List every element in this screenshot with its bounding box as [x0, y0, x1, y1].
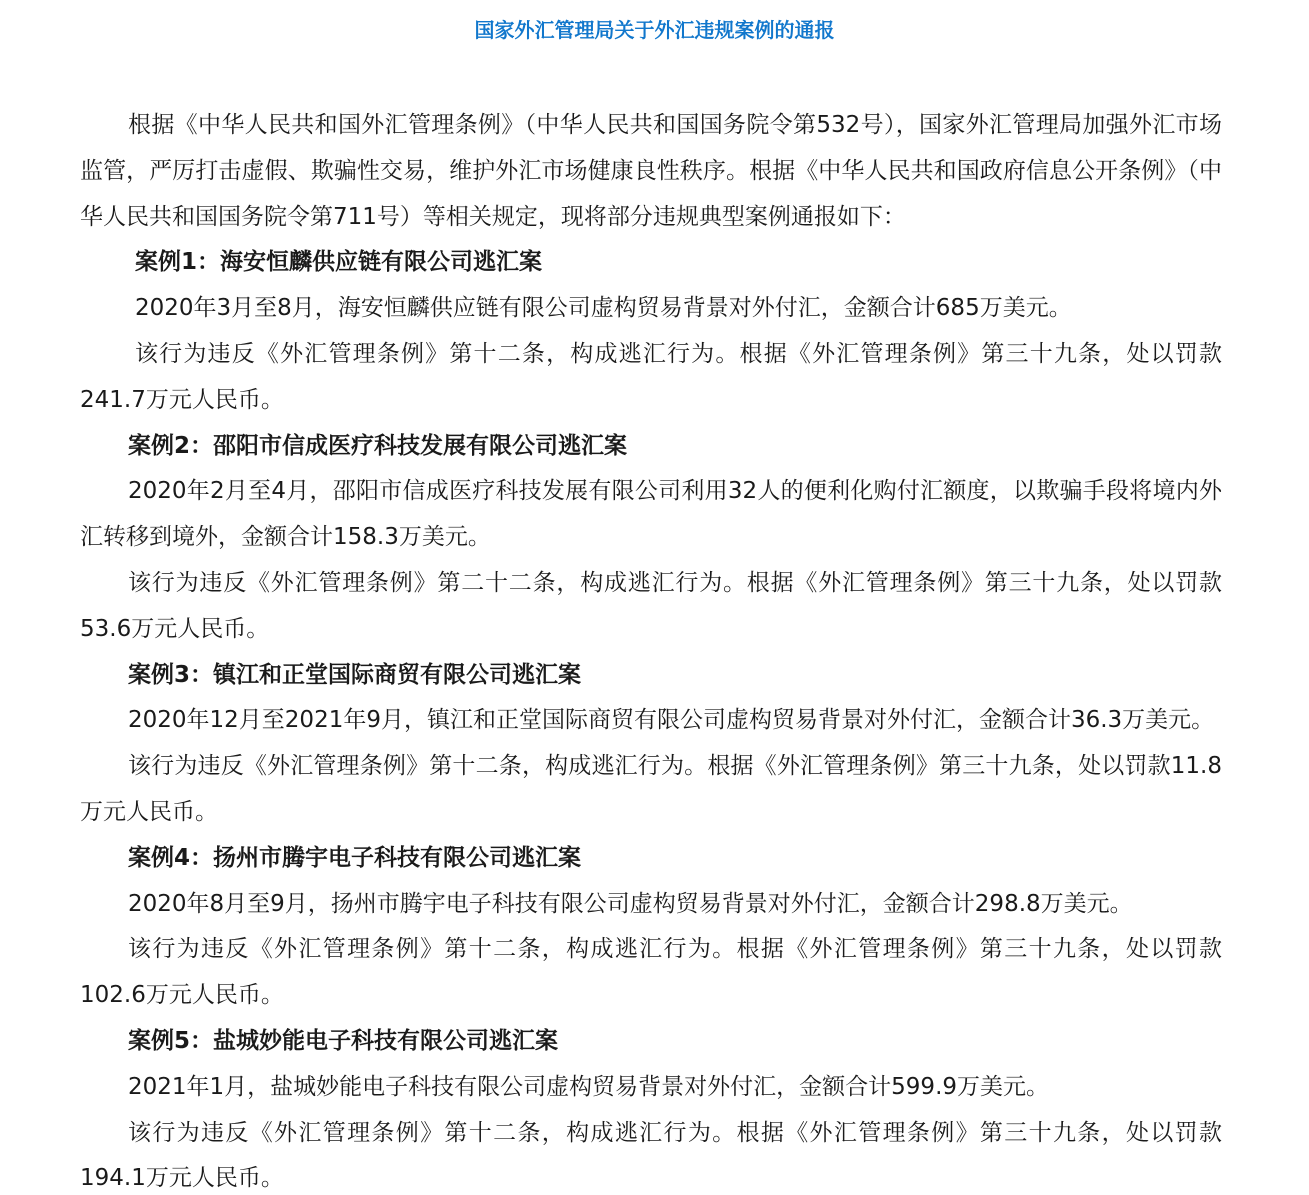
- intro-paragraph: 根据《中华人民共和国外汇管理条例》（中华人民共和国国务院令第532号），国家外汇…: [80, 103, 1222, 240]
- case-4: 案例4：扬州市腾宇电子科技有限公司逃汇案 2020年8月至9月，扬州市腾宇电子科…: [80, 836, 1222, 1019]
- case-heading: 案例1：海安恒麟供应链有限公司逃汇案: [80, 240, 1222, 286]
- case-facts: 2020年12月至2021年9月，镇江和正堂国际商贸有限公司虚构贸易背景对外付汇…: [80, 698, 1222, 744]
- case-ruling: 该行为违反《外汇管理条例》第十二条，构成逃汇行为。根据《外汇管理条例》第三十九条…: [80, 332, 1222, 424]
- case-ruling: 该行为违反《外汇管理条例》第十二条，构成逃汇行为。根据《外汇管理条例》第三十九条…: [80, 1111, 1222, 1195]
- case-3: 案例3：镇江和正堂国际商贸有限公司逃汇案 2020年12月至2021年9月，镇江…: [80, 653, 1222, 836]
- case-heading: 案例4：扬州市腾宇电子科技有限公司逃汇案: [80, 836, 1222, 882]
- case-heading: 案例5：盐城妙能电子科技有限公司逃汇案: [80, 1019, 1222, 1065]
- case-facts: 2020年2月至4月，邵阳市信成医疗科技发展有限公司利用32人的便利化购付汇额度…: [80, 469, 1222, 561]
- case-heading: 案例2：邵阳市信成医疗科技发展有限公司逃汇案: [80, 424, 1222, 470]
- case-ruling: 该行为违反《外汇管理条例》第十二条，构成逃汇行为。根据《外汇管理条例》第三十九条…: [80, 744, 1222, 836]
- case-heading: 案例3：镇江和正堂国际商贸有限公司逃汇案: [80, 653, 1222, 699]
- document-body: 根据《中华人民共和国外汇管理条例》（中华人民共和国国务院令第532号），国家外汇…: [80, 103, 1222, 1195]
- case-1: 案例1：海安恒麟供应链有限公司逃汇案 2020年3月至8月，海安恒麟供应链有限公…: [80, 240, 1222, 423]
- case-ruling: 该行为违反《外汇管理条例》第二十二条，构成逃汇行为。根据《外汇管理条例》第三十九…: [80, 561, 1222, 653]
- case-ruling: 该行为违反《外汇管理条例》第十二条，构成逃汇行为。根据《外汇管理条例》第三十九条…: [80, 927, 1222, 1019]
- document-title: 国家外汇管理局关于外汇违规案例的通报: [0, 14, 1309, 46]
- case-facts: 2020年8月至9月，扬州市腾宇电子科技有限公司虚构贸易背景对外付汇，金额合计2…: [80, 882, 1222, 928]
- case-facts: 2020年3月至8月，海安恒麟供应链有限公司虚构贸易背景对外付汇，金额合计685…: [80, 286, 1222, 332]
- case-facts: 2021年1月，盐城妙能电子科技有限公司虚构贸易背景对外付汇，金额合计599.9…: [80, 1065, 1222, 1111]
- case-2: 案例2：邵阳市信成医疗科技发展有限公司逃汇案 2020年2月至4月，邵阳市信成医…: [80, 424, 1222, 653]
- case-5: 案例5：盐城妙能电子科技有限公司逃汇案 2021年1月，盐城妙能电子科技有限公司…: [80, 1019, 1222, 1195]
